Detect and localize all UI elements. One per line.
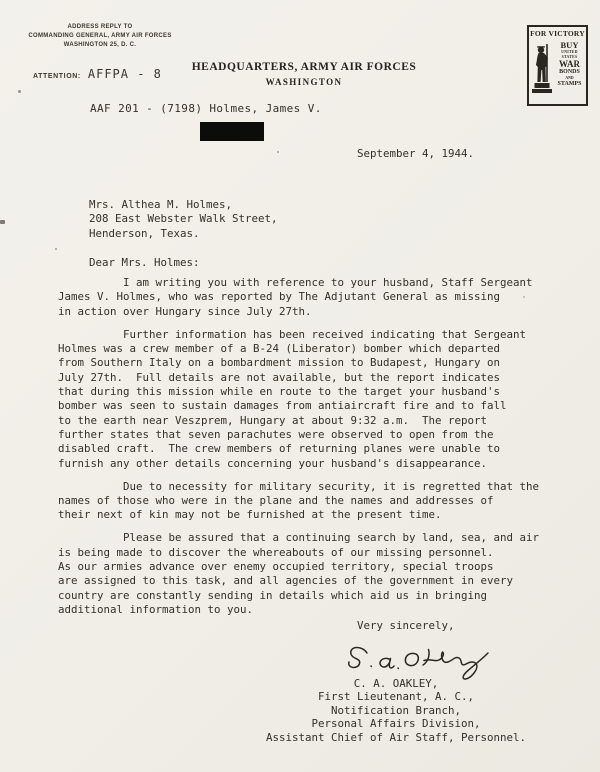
scan-speck (55, 248, 57, 250)
reply-address-block: ADDRESS REPLY TO COMMANDING GENERAL, ARM… (22, 23, 178, 50)
scan-speck (18, 90, 21, 93)
file-reference-line: AAF 201 - (7198) Holmes, James V. (90, 102, 322, 115)
letter-page: ADDRESS REPLY TO COMMANDING GENERAL, ARM… (0, 0, 600, 772)
stamp-buy-text: BUY (554, 41, 585, 50)
body-paragraph-2: Further information has been received in… (58, 328, 568, 471)
minuteman-statue-icon (530, 38, 554, 100)
body-paragraph-1: I am writing you with reference to your … (58, 276, 568, 319)
redaction-bar (200, 122, 264, 141)
date-line: September 4, 1944. (357, 147, 474, 160)
attention-line: ATTENTION: AFFPA - 8 (33, 67, 162, 81)
stamp-united-states-text: UNITED STATES (554, 50, 585, 59)
stamp-stamps-text: STAMPS (554, 81, 585, 88)
stamp-bonds-text: BONDS (554, 69, 585, 76)
headquarters-city: WASHINGTON (168, 77, 440, 87)
recipient-address: Mrs. Althea M. Holmes, 208 East Webster … (89, 198, 278, 241)
scan-speck (277, 151, 279, 153)
valediction: Very sincerely, (357, 619, 455, 632)
stamp-war-text: WAR (554, 59, 585, 69)
headquarters-title: HEADQUARTERS, ARMY AIR FORCES (168, 61, 440, 73)
body-paragraph-3: Due to necessity for military security, … (58, 480, 568, 523)
attention-value: AFFPA - 8 (88, 67, 162, 81)
salutation: Dear Mrs. Holmes: (89, 256, 200, 269)
signature-block: C. A. OAKLEY, First Lieutenant, A. C., N… (220, 677, 572, 744)
body-paragraph-4: Please be assured that a continuing sear… (58, 531, 568, 617)
scan-speck (523, 296, 525, 298)
stamp-title: FOR VICTORY (530, 29, 585, 38)
scan-speck (0, 220, 5, 224)
war-bonds-stamp: FOR VICTORY BUY UNITED STAT (527, 25, 588, 106)
letter-body: I am writing you with reference to your … (58, 276, 568, 626)
attention-label: ATTENTION: (33, 73, 81, 80)
letterhead-heading: HEADQUARTERS, ARMY AIR FORCES WASHINGTON (168, 61, 440, 87)
